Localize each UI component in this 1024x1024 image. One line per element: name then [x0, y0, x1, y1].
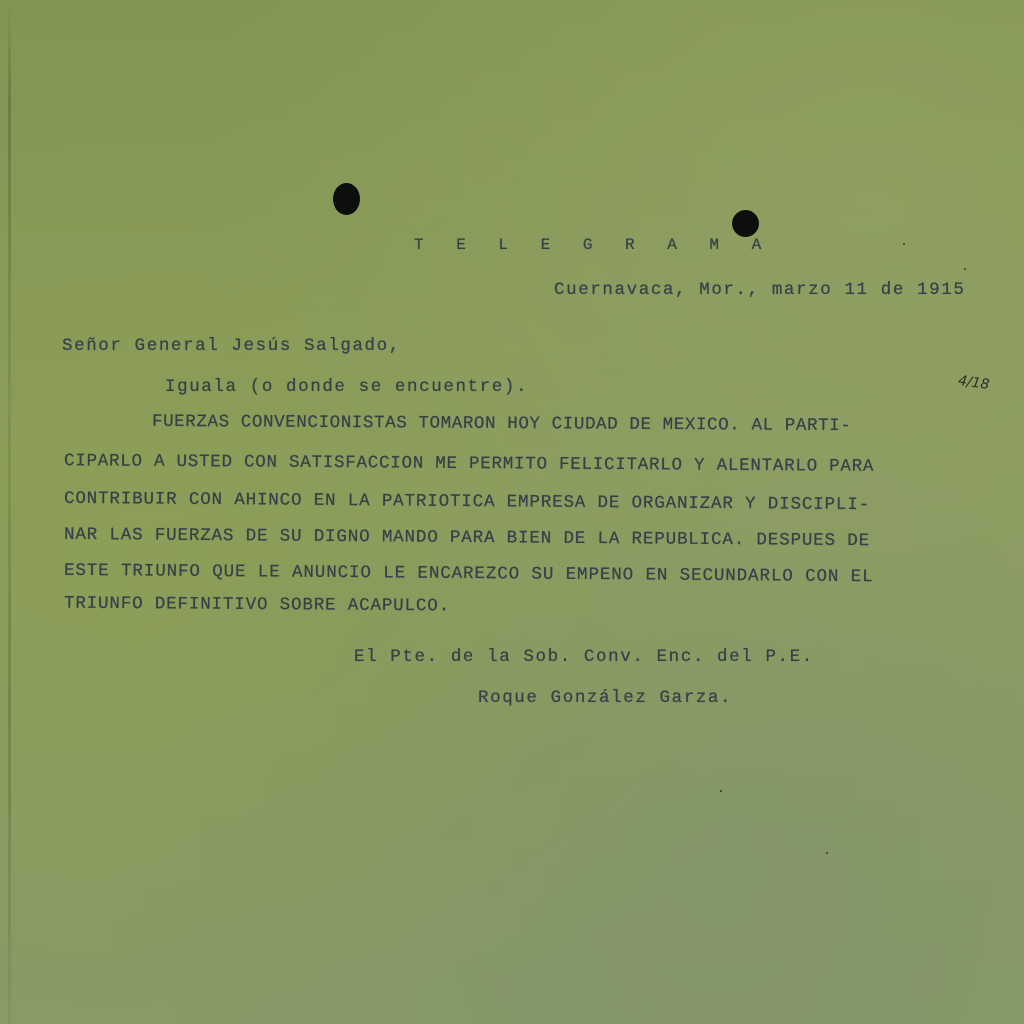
place-date-line: Cuernavaca, Mor., marzo 11 de 1915 [554, 280, 965, 300]
recipient-name: Señor General Jesús Salgado, [62, 336, 401, 356]
signature-title: El Pte. de la Sob. Conv. Enc. del P.E. [354, 647, 814, 667]
paper-fold-line [8, 0, 11, 1024]
telegram-heading: T E L E G R A M A [414, 236, 773, 254]
body-line-2: CIPARLO A USTED CON SATISFACCION ME PERM… [64, 451, 874, 477]
body-line-6: TRIUNFO DEFINITIVO SOBRE ACAPULCO. [64, 594, 450, 617]
telegram-page: T E L E G R A M A Cuernavaca, Mor., marz… [0, 0, 1024, 1024]
paper-speck [826, 852, 828, 854]
paper-speck [720, 790, 722, 792]
paper-speck [964, 268, 966, 270]
punch-hole-left [333, 183, 360, 215]
punch-hole-right [732, 210, 759, 237]
body-line-5: ESTE TRIUNFO QUE LE ANUNCIO LE ENCAREZCO… [64, 561, 874, 587]
body-line-4: NAR LAS FUERZAS DE SU DIGNO MANDO PARA B… [64, 525, 870, 551]
handwritten-annotation: 4/18 [957, 373, 990, 393]
body-line-3: CONTRIBUIR CON AHINCO EN LA PATRIOTICA E… [64, 489, 870, 515]
recipient-location: Iguala (o donde se encuentre). [165, 377, 528, 397]
body-line-1: FUERZAS CONVENCIONISTAS TOMARON HOY CIUD… [152, 412, 852, 436]
signature-name: Roque González Garza. [478, 688, 732, 708]
paper-speck [903, 243, 905, 245]
